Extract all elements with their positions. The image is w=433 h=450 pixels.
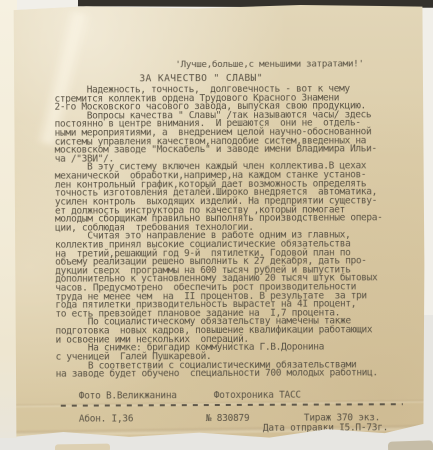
paper-document: 'Лучше,больше,с меньшими затратами!' ЗА … — [12, 3, 426, 441]
agency-credit: Фотохроника ТАСС — [214, 390, 301, 401]
paper-scrap — [388, 440, 433, 450]
footer-number: № 830879 — [206, 413, 250, 424]
photo-credit: Фото В.Великжанина — [79, 390, 177, 401]
document-body: Надежность, точность, долговечность - во… — [54, 85, 411, 379]
paper-scrap — [55, 444, 110, 450]
document-slogan: 'Лучше,больше,с меньшими затратами!' — [175, 58, 363, 70]
body-line: на заводе будет обучено специальности 70… — [56, 369, 412, 379]
footer-sent-date: Дата отправки I5.П-73г. — [263, 422, 388, 434]
footer-abon: Абон. I,36 — [79, 413, 134, 424]
document-title: ЗА КАЧЕСТВО " СЛАВЫ" — [139, 73, 263, 85]
dashed-separator — [61, 403, 403, 406]
scanned-document-view: 'Лучше,больше,с меньшими затратами!' ЗА … — [0, 0, 433, 450]
credit-row: Фото В.Великжанина Фотохроника ТАСС — [14, 389, 426, 401]
